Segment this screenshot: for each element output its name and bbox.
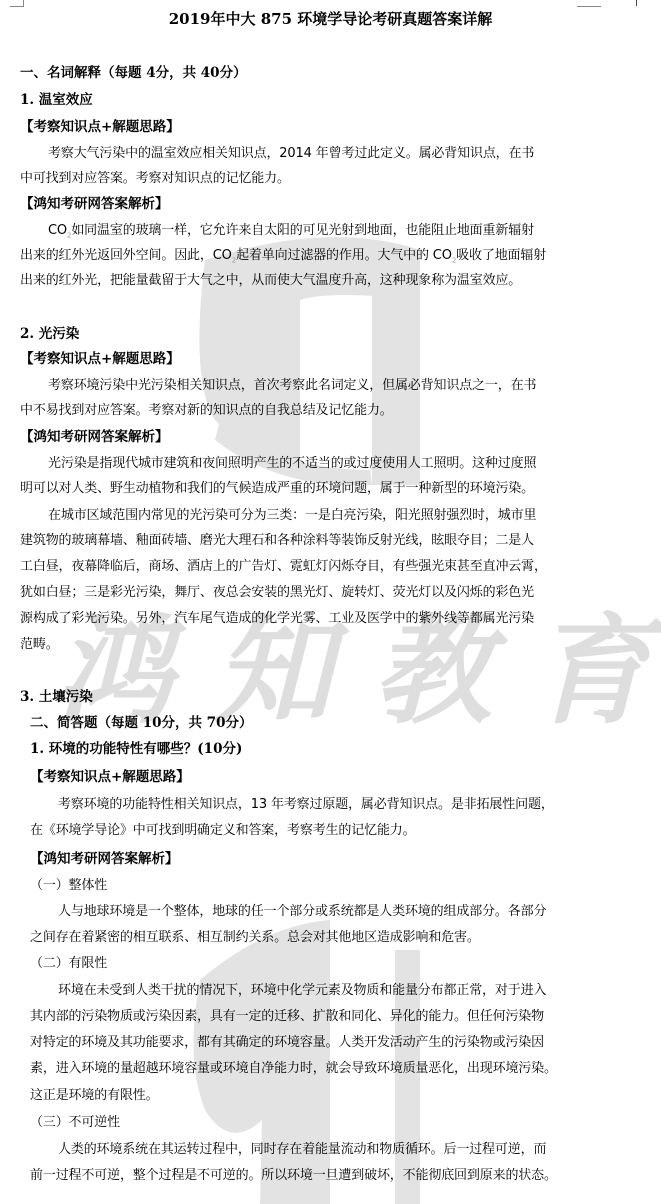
term-title: 2. 光污染 xyxy=(20,325,79,343)
paragraph-line: 中可找到对应答案。考察对知识点的记忆能力。 xyxy=(20,170,290,188)
paragraph-line: 其内部的污染物质或污染因素，具有一定的迁移、扩散和同化、异化的能力。但任何污染物 xyxy=(30,1008,544,1026)
paragraph-line: 建筑物的玻璃幕墙、釉面砖墙、磨光大理石和各种涂料等装饰反射光线，眩眼夺目；二是人 xyxy=(20,532,534,550)
paragraph-line: 明可以对人类、野生动植物和我们的气候造成严重的环境问题，属于一种新型的环境污染。 xyxy=(20,480,534,498)
answer-tag: 【鸿知考研网答案解析】 xyxy=(20,195,169,213)
answer-tag: 【鸿知考研网答案解析】 xyxy=(30,850,179,868)
thinking-tag: 【考察知识点+解题思路】 xyxy=(30,768,190,786)
paragraph-line: 中不易找到对应答案。考察对新的知识点的自我总结及记忆能力。 xyxy=(20,402,393,420)
subsection-title: （一）整体性 xyxy=(30,877,107,895)
document-title: 2019年中大 875 环境学导论考研真题答案详解 xyxy=(0,8,661,29)
paragraph-line: 素，进入环境的量超越环境容量或环境自净能力时，就会导致环境质量恶化，出现环境污染… xyxy=(30,1060,557,1078)
paragraph-line: 出来的红外光，把能量截留于大气之中，从而使大气温度升高，这种现象称为温室效应。 xyxy=(20,272,521,290)
paragraph-line: 工白昼，夜幕降临后，商场、酒店上的广告灯、霓虹灯闪烁夺目，有些强光束甚至直冲云霄… xyxy=(20,558,547,576)
paragraph-line: 源构成了彩光污染。另外，汽车尾气造成的化学光雾、工业及医学中的紫外线等都属光污染 xyxy=(20,610,534,628)
corner-mark xyxy=(636,0,637,6)
paragraph-line: 光污染是指现代城市建筑和夜间照明产生的不适当的或过度使用人工照明。这种过度照 xyxy=(48,455,536,473)
answer-tag: 【鸿知考研网答案解析】 xyxy=(20,428,169,446)
corner-mark xyxy=(10,6,24,7)
section-heading: 一、名词解释（每题 4分，共 40分） xyxy=(20,64,247,82)
paragraph-line: 范畴。 xyxy=(20,636,59,654)
question-title: 1. 环境的功能特性有哪些？(10分) xyxy=(30,740,242,758)
paragraph-line: 考察环境污染中光污染相关知识点，首次考察此名词定义，但属必背知识点之一，在书 xyxy=(48,377,536,395)
subsection-title: （三）不可逆性 xyxy=(30,1114,120,1132)
thinking-tag: 【考察知识点+解题思路】 xyxy=(20,350,180,368)
paragraph-line: 人类的环境系统在其运转过程中，同时存在着能量流动和物质循环。后一过程可逆，而 xyxy=(58,1141,546,1159)
paragraph-line: 出来的红外光返回外空间。因此，CO2起着单向过滤器的作用。大气中的 CO2吸收了… xyxy=(20,247,546,270)
paragraph-line: 人与地球环境是一个整体，地球的任一个部分或系统都是人类环境的组成部分。各部分 xyxy=(58,903,546,921)
paragraph-line: 考察环境的功能特性相关知识点，13 年考察过原题，属必背知识点。是非拓展性问题， xyxy=(58,796,554,814)
paragraph-line: 前一过程不可逆，整个过程是不可逆的。所以环境一旦遭到破坏，不能彻底回到原来的状态… xyxy=(30,1167,557,1185)
term-title: 1. 温室效应 xyxy=(20,91,93,109)
paragraph-line: 在城市区域范围内常见的光污染可分为三类：一是白亮污染，阳光照射强烈时，城市里 xyxy=(48,507,536,525)
paragraph-line: 犹如白昼；三是彩光污染，舞厅、夜总会安装的黑光灯、旋转灯、荧光灯以及闪烁的彩色光 xyxy=(20,584,534,602)
paragraph-line: 环境在未受到人类干扰的情况下，环境中化学元素及物质和能量分布都正常，对于进入 xyxy=(58,982,546,1000)
paragraph-line: 在《环境学导论》中可找到明确定义和答案，考察考生的记忆能力。 xyxy=(30,822,416,840)
section-heading: 二、简答题（每题 10分，共 70分） xyxy=(30,714,252,732)
thinking-tag: 【考察知识点+解题思路】 xyxy=(20,118,180,136)
corner-mark xyxy=(23,0,24,7)
term-title: 3. 土壤污染 xyxy=(20,688,93,706)
paragraph-line: 这正是环境的有限性。 xyxy=(30,1087,159,1105)
paragraph-line: 考察大气污染中的温室效应相关知识点，2014 年曾考过此定义。属必背知识点，在书 xyxy=(48,145,534,163)
subsection-title: （二）有限性 xyxy=(30,955,107,973)
paragraph-line: CO2如同温室的玻璃一样，它允许来自太阳的可见光射到地面，也能阻止地面重新辐射 xyxy=(48,222,534,245)
paragraph-line: 之间存在着紧密的相互联系、相互制约关系。总会对其他地区造成影响和危害。 xyxy=(30,929,480,947)
paragraph-line: 对特定的环境及其功能要求，都有其确定的环境容量。人类开发活动产生的污染物或污染因 xyxy=(30,1034,544,1052)
corner-mark xyxy=(577,6,601,7)
